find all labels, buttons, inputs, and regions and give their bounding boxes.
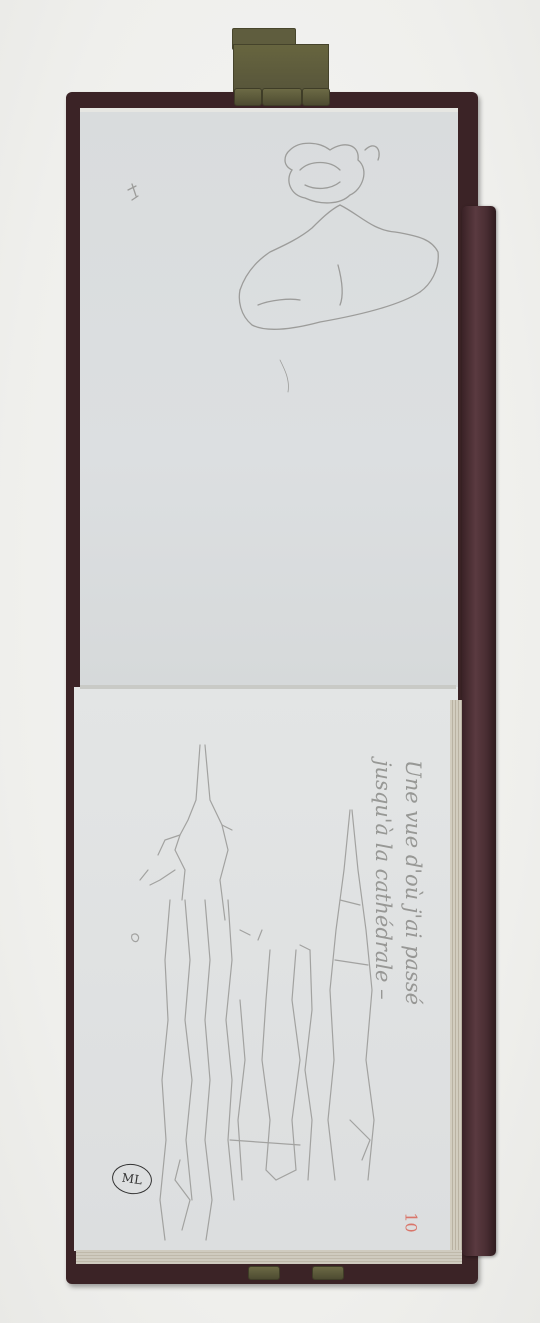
turban-figure-sketch [128, 143, 438, 392]
inscription-line-2: jusqu'à la cathédrale – [368, 760, 398, 1005]
handwritten-inscription: Une vue d'où j'ai passé jusqu'à la cathé… [368, 760, 428, 1005]
page-number: 10 [402, 1212, 421, 1232]
pencil-sketches [0, 0, 540, 1323]
inscription-line-1: Une vue d'où j'ai passé [398, 760, 428, 1005]
cathedral-spires-sketch [132, 745, 374, 1240]
